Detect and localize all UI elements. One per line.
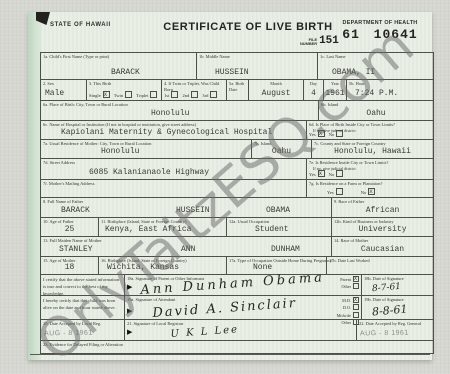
field-12a-occupation: 12a. Usual Occupation Student [226, 218, 331, 236]
checkbox-label: 2nd [182, 93, 189, 98]
field-value: Oahu [319, 110, 433, 118]
field-5b-hour: 5b. Hour 7:24 P.M. [346, 80, 433, 100]
field-value-middle: ANN [181, 246, 195, 254]
field-value: Honolulu, Hawaii [312, 148, 433, 156]
field-value: Kenya, East Africa [105, 226, 191, 234]
certify-statement-informant: I certify that the above stated informat… [41, 275, 124, 295]
form-row-8: 8. Full Name of Father BARACK HUSSEIN OB… [41, 197, 433, 217]
field-16-mother-birthplace: 16. Birthplace (Island, State or Foreign… [98, 257, 226, 274]
checkbox-label: 1st [164, 93, 169, 98]
field-6a-place-of-birth: 6a. Place of Birth: City, Town or Rural … [41, 101, 318, 120]
checkbox-label: Other [341, 284, 351, 289]
field-label: 5a. Birth Date [227, 80, 248, 92]
state-title: STATE OF HAWAII [50, 22, 111, 28]
field-value: Student [255, 226, 289, 234]
field-19b-date-of-signature: 19b. Date of Signature 8-8-61 [361, 296, 433, 319]
handwritten-date: 8-8-61 [372, 302, 408, 318]
field-7d-street-address: 7d. Street Address 6085 Kalanianaole Hig… [41, 159, 306, 179]
field-7f-mailing-address: 7f. Mother's Mailing Address [41, 180, 306, 197]
form-row-6: 7d. Street Address 6085 Kalanianaole Hig… [41, 158, 433, 179]
field-label: 2. Sex [41, 80, 86, 87]
checkbox-no [336, 170, 343, 177]
field-5a-day: Day 4 [303, 80, 323, 100]
field-9-father-race: 9. Race of Father African [331, 198, 433, 217]
form-row-9: 10. Age of Father 25 11. Birthplace (Isl… [41, 217, 433, 236]
certificate-number: 61 10641 [330, 27, 430, 42]
bottom-rule [30, 354, 430, 355]
checkbox-group-twin-order: 1st2nd3rd [164, 91, 221, 98]
form-row-15: 23. Evidence for Delayed Filing or Alter… [41, 340, 433, 353]
field-21-registrar-signature: 21. Signature of Local Registrar ▶ U K L… [124, 320, 356, 340]
field-label: 20. Date Accepted by Local Reg. [41, 320, 124, 327]
checkbox-no [336, 130, 343, 137]
arrow-icon: ▶ [127, 329, 132, 336]
field-value: August [249, 90, 303, 98]
field-11-father-birthplace: 11. Birthplace (Island, State or Foreign… [98, 218, 226, 236]
checkbox-md: X [353, 297, 359, 303]
checkbox-group-7g: YesNoX [327, 188, 379, 195]
department-title: DEPARTMENT OF HEALTH [330, 20, 430, 26]
field-value: None [253, 264, 272, 272]
field-value: Male [45, 90, 64, 98]
checkbox-label: M.D. [342, 298, 351, 303]
field-18b-date-of-signature: 18b. Date of Signature 8-7-61 [361, 275, 433, 295]
field-6b-island: 6b. Island Oahu [318, 101, 433, 120]
field-3-this-birth: 3. This Birth SingleXTwinTriplet [86, 80, 161, 100]
field-value-first: BARACK [61, 207, 90, 215]
field-label: 12a. Usual Occupation [227, 218, 331, 225]
checkbox-label: Midwife [337, 313, 351, 318]
field-value: OBAMA, II [332, 69, 375, 77]
field-label: 7g. Is Residence on a Farm or Plantation… [307, 180, 433, 187]
field-label: 6c. Name of Hospital or Institution (If … [41, 121, 306, 128]
checkbox-group-7e: YesXNo [309, 170, 347, 177]
field-7a-residence: 7a. Usual Residence of Mother: City, Tow… [41, 140, 251, 158]
field-17b-date-last-worked: 17b. Date Last Worked [326, 257, 433, 274]
field-label: 6a. Place of Birth: City, Town or Rural … [41, 101, 318, 108]
field-label: 18b. Date of Signature [362, 275, 433, 282]
field-value: 18 [41, 264, 98, 272]
field-value-first: STANLEY [59, 246, 93, 254]
file-number-label: FILE NUMBER [300, 38, 317, 47]
field-value-last: OBAMA [266, 207, 290, 215]
field-value: BARACK [111, 69, 140, 77]
field-1c-last-name: 1c. Last Name OBAMA, II [317, 53, 433, 79]
field-label: 10. Age of Father [41, 218, 98, 225]
checkbox-3rd [210, 91, 217, 98]
field-value: Honolulu [151, 110, 189, 118]
checkbox-label: Yes [309, 132, 316, 137]
field-1b-middle-name: 1b. Middle Name HUSSEIN [196, 53, 317, 79]
checkbox-no: X [368, 188, 375, 195]
form-row-4: 6c. Name of Hospital or Institution (If … [41, 120, 433, 139]
field-label: 8. Full Name of Father [41, 198, 331, 205]
field-value: Honolulu [101, 148, 139, 156]
checkbox-parent: X [353, 276, 359, 282]
checkbox-label: No [329, 132, 335, 137]
field-15-mother-age: 15. Age of Mother 18 [41, 257, 98, 274]
checkbox-yes: X [318, 130, 325, 137]
field-22-date-accepted-general: 22. Date Accepted by Reg. General AUG - … [356, 320, 433, 340]
checkbox-triplet [150, 91, 157, 98]
checkbox-label: 3rd [202, 93, 208, 98]
field-value: 4 [304, 90, 323, 98]
year-header: Year [324, 80, 346, 86]
checkbox-label: D.O. [343, 305, 351, 310]
field-value-middle: HUSSEIN [176, 207, 210, 215]
field-value: 6085 Kalanianaole Highway [89, 169, 209, 177]
field-10-father-age: 10. Age of Father 25 [41, 218, 98, 236]
field-value: Caucasian [332, 246, 433, 254]
field-4-twin-order: 4. If Twin or Triplet, Was Child Born 1s… [161, 80, 226, 100]
field-label: 22. Date Accepted by Reg. General [357, 320, 433, 327]
field-18a-parent-signature: 18a. Signature of Parent or Other Inform… [124, 275, 361, 295]
department-block: DEPARTMENT OF HEALTH 61 10641 [330, 20, 430, 42]
date-stamp: AUG - 8 1961 [360, 330, 409, 338]
field-13-mother-name: 13. Full Maiden Name of Mother STANLEY A… [41, 237, 331, 256]
registrar-signature: U K L Lee [170, 324, 239, 340]
form-row-5: 7a. Usual Residence of Mother: City, Tow… [41, 139, 433, 158]
form-row-11: 15. Age of Mother 18 16. Birthplace (Isl… [41, 256, 433, 274]
document-title: CERTIFICATE OF LIVE BIRTH [146, 21, 350, 33]
field-label: 7b. Island [252, 140, 311, 147]
field-7g-farm-plantation: 7g. Is Residence on a Farm or Plantation… [306, 180, 433, 197]
field-value: Oahu [252, 148, 311, 156]
certificate-document: STATE OF HAWAII CERTIFICATE OF LIVE BIRT… [28, 12, 432, 360]
field-label: 1a. Child's First Name (Type or print) [41, 53, 196, 60]
field-label: 19b. Date of Signature [362, 296, 433, 303]
field-label: 6b. Island [319, 101, 433, 108]
photo-of-document: STATE OF HAWAII CERTIFICATE OF LIVE BIRT… [0, 0, 450, 374]
field-label: 23. Evidence for Delayed Filing or Alter… [41, 341, 433, 348]
field-value: Kapiolani Maternity & Gynecological Hosp… [61, 129, 272, 137]
certify-statement-attendant: I hereby certify that this child was bor… [41, 296, 124, 319]
month-header: Month [249, 80, 303, 86]
field-20-date-accepted-local: 20. Date Accepted by Local Reg. AUG - 8 … [41, 320, 124, 340]
form-row-13: I hereby certify that this child was bor… [41, 295, 433, 319]
field-value: HUSSEIN [215, 69, 249, 77]
field-label: 13. Full Maiden Name of Mother [41, 237, 331, 244]
field-label: 1c. Last Name [318, 53, 433, 60]
checkbox-1st [171, 91, 178, 98]
checkbox-label: Single [89, 93, 101, 98]
form-grid: 1a. Child's First Name (Type or print) B… [40, 52, 434, 354]
field-label: 17b. Date Last Worked [327, 257, 433, 264]
arrow-icon: ▶ [127, 284, 132, 291]
form-row-14: 20. Date Accepted by Local Reg. AUG - 8 … [41, 319, 433, 340]
checkbox-label: Twin [114, 93, 123, 98]
checkbox-label: Yes [327, 190, 334, 195]
field-label: 7d. Street Address [41, 159, 306, 166]
field-5a-birth-date-label: 5a. Birth Date [226, 80, 248, 100]
field-value: 1961 [324, 90, 346, 98]
checkbox-label: Triplet [136, 93, 148, 98]
field-2-sex: 2. Sex Male [41, 80, 86, 100]
form-row-10: 13. Full Maiden Name of Mother STANLEY A… [41, 236, 433, 256]
field-value: University [332, 226, 433, 234]
handwritten-date: 8-7-61 [372, 282, 402, 294]
checkbox-midwife [353, 312, 359, 318]
checkbox-other [353, 283, 359, 289]
date-stamp: AUG - 8 1961 [44, 330, 93, 338]
field-label: 17a. Type of Occupation Outside Home Dur… [227, 257, 326, 264]
checkbox-label: No [361, 190, 367, 195]
field-value: Wichita, Kansas [107, 264, 179, 272]
field-label: 7c. County and State or Foreign Country [312, 140, 433, 147]
field-7e-city-limits: 7e. Is Residence Inside City or Town Lim… [306, 159, 433, 179]
form-row-1: 1a. Child's First Name (Type or print) B… [41, 53, 433, 79]
field-6c-hospital: 6c. Name of Hospital or Institution (If … [41, 121, 306, 139]
field-label: 5b. Hour [347, 80, 433, 87]
form-row-7: 7f. Mother's Mailing Address 7g. Is Resi… [41, 179, 433, 197]
field-value: 25 [41, 226, 98, 234]
field-8-father-name: 8. Full Name of Father BARACK HUSSEIN OB… [41, 198, 331, 217]
field-23-evidence-delayed-filing: 23. Evidence for Delayed Filing or Alter… [41, 341, 433, 353]
field-6d-city-limits: 6d. Is Place of Birth Inside City or Tow… [306, 121, 433, 139]
form-row-12: I certify that the above stated informat… [41, 274, 433, 295]
field-label: 7f. Mother's Mailing Address [41, 180, 306, 187]
field-14-mother-race: 14. Race of Mother Caucasian [331, 237, 433, 256]
file-label-line2: NUMBER [300, 42, 317, 47]
checkbox-yes: X [318, 170, 325, 177]
field-value: 7:24 P.M. [355, 90, 398, 98]
field-label: 11. Birthplace (Island, State or Foreign… [99, 218, 226, 225]
field-19a-attendant-signature: 19a. Signature of Attendant ▶ David A. S… [124, 296, 361, 319]
day-header: Day [304, 80, 323, 86]
field-5a-month: Month August [248, 80, 303, 100]
field-1a-child-first-name: 1a. Child's First Name (Type or print) B… [41, 53, 196, 79]
field-7c-county-state: 7c. County and State or Foreign Country … [311, 140, 433, 158]
field-7b-island: 7b. Island Oahu [251, 140, 311, 158]
checkbox-group-parent-other: ParentX Other [340, 276, 359, 291]
field-label: 12b. Kind of Business or Industry [332, 218, 433, 225]
field-value: African [332, 207, 433, 215]
checkbox-single: X [103, 91, 110, 98]
field-label: 21. Signature of Local Registrar [125, 320, 356, 327]
checkbox-group-this-birth: SingleXTwinTriplet [89, 91, 161, 98]
checkbox-group-6d: YesXNo [309, 130, 347, 137]
arrow-icon: ▶ [127, 308, 132, 315]
field-label: 14. Race of Mother [332, 237, 433, 244]
field-12b-industry: 12b. Kind of Business or Industry Univer… [331, 218, 433, 236]
form-row-3: 6a. Place of Birth: City, Town or Rural … [41, 100, 433, 120]
checkbox-label: Parent [340, 277, 351, 282]
checkbox-2nd [191, 91, 198, 98]
checkbox-twin [125, 91, 132, 98]
checkbox-yes [336, 188, 343, 195]
field-5a-year: Year 1961 [323, 80, 346, 100]
checkbox-label: Yes [309, 172, 316, 177]
field-label: 1b. Middle Name [197, 53, 317, 60]
field-label: 3. This Birth [87, 80, 161, 87]
form-row-2: 2. Sex Male 3. This Birth SingleXTwinTri… [41, 79, 433, 100]
field-value-last: DUNHAM [271, 246, 300, 254]
field-label: 7a. Usual Residence of Mother: City, Tow… [41, 140, 251, 147]
checkbox-do [353, 304, 359, 310]
field-label: 9. Race of Father [332, 198, 433, 205]
checkbox-label: No [329, 172, 335, 177]
